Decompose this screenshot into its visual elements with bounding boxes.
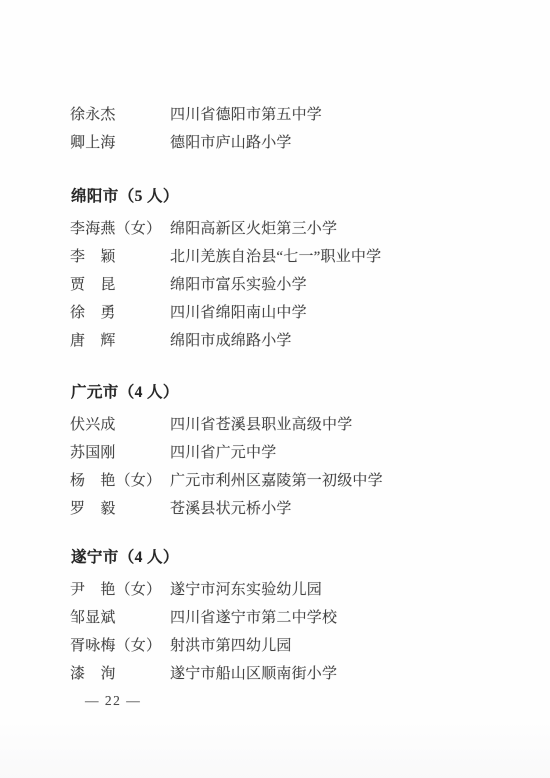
document-page: 徐永杰 四川省德阳市第五中学 卿上海 德阳市庐山路小学 绵阳市（5 人） 李海燕… [0,0,550,778]
section-header-guangyuan: 广元市（4 人） [71,382,512,404]
list-item: 漆 洵 遂宁市船山区顺南街小学 [70,658,512,686]
school-name: 遂宁市河东实验幼儿园 [170,578,512,599]
person-name: 卿上海 [70,131,170,152]
school-name: 广元市利州区嘉陵第一初级中学 [170,469,512,490]
person-name: 贾 昆 [70,273,170,294]
list-item: 徐 勇 四川省绵阳南山中学 [70,297,512,325]
school-name: 射洪市第四幼儿园 [170,634,512,655]
person-name: 伏兴成 [70,413,170,434]
school-name: 四川省苍溪县职业高级中学 [170,413,512,434]
list-item: 李 颖 北川羌族自治县“七一”职业中学 [70,241,512,269]
list-item: 尹 艳（女） 遂宁市河东实验幼儿园 [70,574,512,602]
school-name: 北川羌族自治县“七一”职业中学 [170,245,512,266]
person-name: 徐 勇 [70,301,170,322]
school-name: 德阳市庐山路小学 [170,131,512,152]
list-item: 李海燕（女） 绵阳高新区火炬第三小学 [70,213,512,241]
person-name: 邹显斌 [70,606,170,627]
list-item: 卿上海 德阳市庐山路小学 [70,127,512,155]
list-item: 苏国刚 四川省广元中学 [70,437,512,465]
school-name: 绵阳市富乐实验小学 [170,273,512,294]
section-header-mianyang: 绵阳市（5 人） [71,186,512,208]
school-name: 绵阳高新区火炬第三小学 [170,217,512,238]
person-name: 苏国刚 [70,441,170,462]
page-number: — 22 — [85,693,141,709]
list-item: 伏兴成 四川省苍溪县职业高级中学 [70,409,512,437]
section-header-suining: 遂宁市（4 人） [71,547,512,569]
school-name: 四川省德阳市第五中学 [170,103,512,124]
school-name: 四川省遂宁市第二中学校 [170,606,512,627]
school-name: 四川省绵阳南山中学 [170,301,512,322]
person-name: 罗 毅 [70,497,170,518]
scan-shadow [0,718,550,778]
award-list: 徐永杰 四川省德阳市第五中学 卿上海 德阳市庐山路小学 绵阳市（5 人） 李海燕… [70,99,512,686]
person-name: 李 颖 [70,245,170,266]
list-item: 贾 昆 绵阳市富乐实验小学 [70,269,512,297]
person-name: 徐永杰 [70,103,170,124]
person-name: 尹 艳（女） [70,578,170,599]
list-item: 邹显斌 四川省遂宁市第二中学校 [70,602,512,630]
person-name: 漆 洵 [70,662,170,683]
person-name: 杨 艳（女） [70,469,170,490]
list-item: 徐永杰 四川省德阳市第五中学 [70,99,512,127]
school-name: 苍溪县状元桥小学 [170,497,512,518]
person-name: 唐 辉 [70,329,170,350]
list-item: 唐 辉 绵阳市成绵路小学 [70,325,512,353]
person-name: 胥咏梅（女） [70,634,170,655]
school-name: 遂宁市船山区顺南街小学 [170,662,512,683]
school-name: 四川省广元中学 [170,441,512,462]
person-name: 李海燕（女） [70,217,170,238]
list-item: 杨 艳（女） 广元市利州区嘉陵第一初级中学 [70,465,512,493]
school-name: 绵阳市成绵路小学 [170,329,512,350]
list-item: 胥咏梅（女） 射洪市第四幼儿园 [70,630,512,658]
list-item: 罗 毅 苍溪县状元桥小学 [70,493,512,521]
